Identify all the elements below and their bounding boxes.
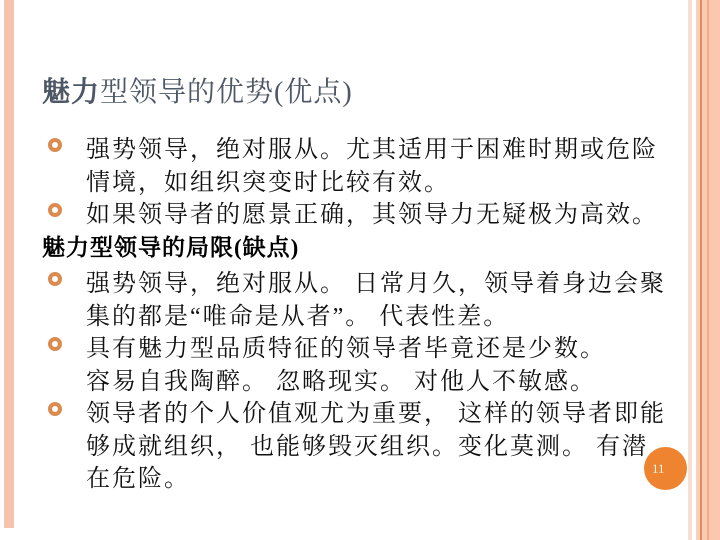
- text-line: 情境，如组织突变时比较有效。: [86, 167, 682, 200]
- list-item: 具有魅力型品质特征的领导者毕竟还是少数。 容易自我陶醉。 忽略现实。 对他人不敏…: [42, 333, 682, 398]
- slide-title-rest: 型领导的优势(优点): [100, 77, 353, 108]
- bullet-icon: [48, 203, 62, 217]
- text-line: 强势领导，绝对服从。尤其适用于困难时期或危险: [86, 134, 682, 167]
- slide-body: 强势领导，绝对服从。尤其适用于困难时期或危险 情境，如组织突变时比较有效。 如果…: [42, 130, 682, 496]
- text-line: 容易自我陶醉。 忽略现实。 对他人不敏感。: [86, 366, 682, 399]
- bullet-icon: [48, 337, 62, 351]
- text-line: 在危险。: [86, 463, 682, 496]
- bullet-icon: [48, 402, 62, 416]
- text-line: 具有魅力型品质特征的领导者毕竟还是少数。: [86, 333, 682, 366]
- bullet-icon: [48, 272, 62, 286]
- left-border-stripe: [4, 0, 14, 528]
- list-item: 强势领导，绝对服从。尤其适用于困难时期或危险 情境，如组织突变时比较有效。: [42, 134, 682, 199]
- right-border-stripe-6: [709, 0, 720, 540]
- text-line: 强势领导，绝对服从。 日常月久，领导着身边会聚: [86, 268, 682, 301]
- slide-title-lead: 魅力: [42, 77, 100, 108]
- text-line: 够成就组织， 也能够毁灭组织。变化莫测。 有潜: [86, 431, 682, 464]
- bullet-icon: [48, 138, 62, 152]
- section-subtitle: 魅力型领导的局限(缺点): [42, 232, 682, 265]
- list-item: 如果领导者的愿景正确，其领导力无疑极为高效。: [42, 199, 682, 232]
- text-line: 领导者的个人价值观尤为重要， 这样的领导者即能: [86, 398, 682, 431]
- slide: 魅力型领导的优势(优点) 强势领导，绝对服从。尤其适用于困难时期或危险 情境，如…: [0, 0, 720, 540]
- page-number: 11: [652, 461, 665, 477]
- right-border-stripe-1: [688, 0, 692, 540]
- slide-title: 魅力型领导的优势(优点): [42, 70, 353, 110]
- list-item: 领导者的个人价值观尤为重要， 这样的领导者即能 够成就组织， 也能够毁灭组织。变…: [42, 398, 682, 496]
- list-item: 强势领导，绝对服从。 日常月久，领导着身边会聚 集的都是“唯命是从者”。 代表性…: [42, 268, 682, 333]
- page-number-badge: 11: [644, 447, 687, 490]
- text-line: 如果领导者的愿景正确，其领导力无疑极为高效。: [86, 199, 682, 232]
- text-line: 集的都是“唯命是从者”。 代表性差。: [86, 301, 682, 334]
